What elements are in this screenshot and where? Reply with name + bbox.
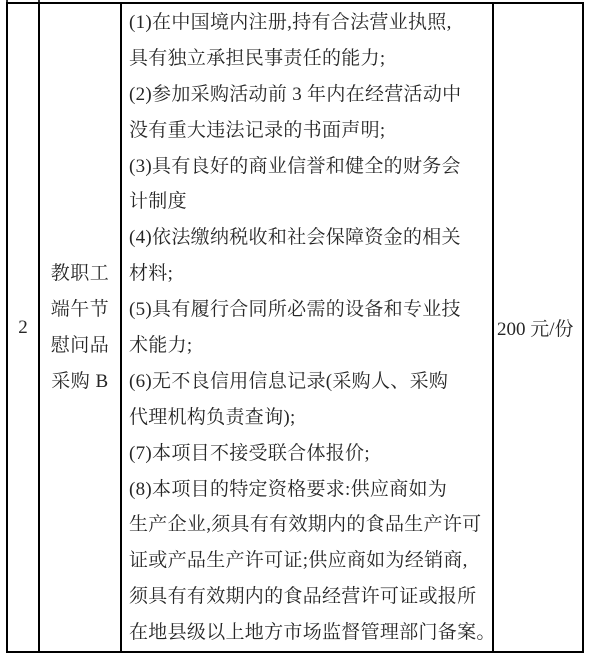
- project-name-line: 端午节: [51, 292, 110, 328]
- qualification-line: (8)本项目的特定资格要求:供应商如为: [129, 472, 488, 508]
- qualification-line: (7)本项目不接受联合体报价;: [129, 436, 488, 472]
- qualification-line: (6)无不良信用信息记录(采购人、采购: [129, 364, 488, 400]
- project-name-line: 采购 B: [51, 364, 108, 400]
- qualification-line: 具有独立承担民事责任的能力;: [129, 41, 488, 77]
- qualification-line: 生产企业,须具有有效期内的食品生产许可: [129, 507, 488, 543]
- row-number: 2: [18, 317, 28, 339]
- price-cell: 200 元/份: [494, 4, 582, 651]
- qualification-line: 须具有有效期内的食品经营许可证或报所: [129, 579, 488, 615]
- qualification-table-row: 2 教职工端午节慰问品采购 B (1)在中国境内注册,持有合法营业执照,具有独立…: [6, 2, 584, 653]
- project-name-line: 慰问品: [51, 328, 110, 364]
- project-name-line: 教职工: [51, 256, 110, 292]
- price-value: 200 元/份: [497, 314, 574, 341]
- qualification-line: (4)依法缴纳税收和社会保障资金的相关: [129, 220, 488, 256]
- qualification-line: 计制度: [129, 184, 488, 220]
- qualification-line: 没有重大违法记录的书面声明;: [129, 113, 488, 149]
- qualification-line: (3)具有良好的商业信誉和健全的财务会: [129, 149, 488, 185]
- qualification-line: (2)参加采购活动前 3 年内在经营活动中: [129, 77, 488, 113]
- project-name-cell: 教职工端午节慰问品采购 B: [40, 4, 122, 651]
- qualification-line: (1)在中国境内注册,持有合法营业执照,: [129, 5, 488, 41]
- qualification-line: 代理机构负责查询);: [129, 400, 488, 436]
- qualification-line: 材料;: [129, 256, 488, 292]
- qualification-line: 在地县级以上地方市场监督管理部门备案。: [129, 615, 488, 651]
- qualification-requirements-cell: (1)在中国境内注册,持有合法营业执照,具有独立承担民事责任的能力;(2)参加采…: [122, 4, 494, 651]
- row-number-cell: 2: [8, 4, 40, 651]
- qualification-line: 证或产品生产许可证;供应商如为经销商,: [129, 543, 488, 579]
- document-page: 2 教职工端午节慰问品采购 B (1)在中国境内注册,持有合法营业执照,具有独立…: [0, 0, 590, 659]
- qualification-line: (5)具有履行合同所必需的设备和专业技: [129, 292, 488, 328]
- qualification-line: 术能力;: [129, 328, 488, 364]
